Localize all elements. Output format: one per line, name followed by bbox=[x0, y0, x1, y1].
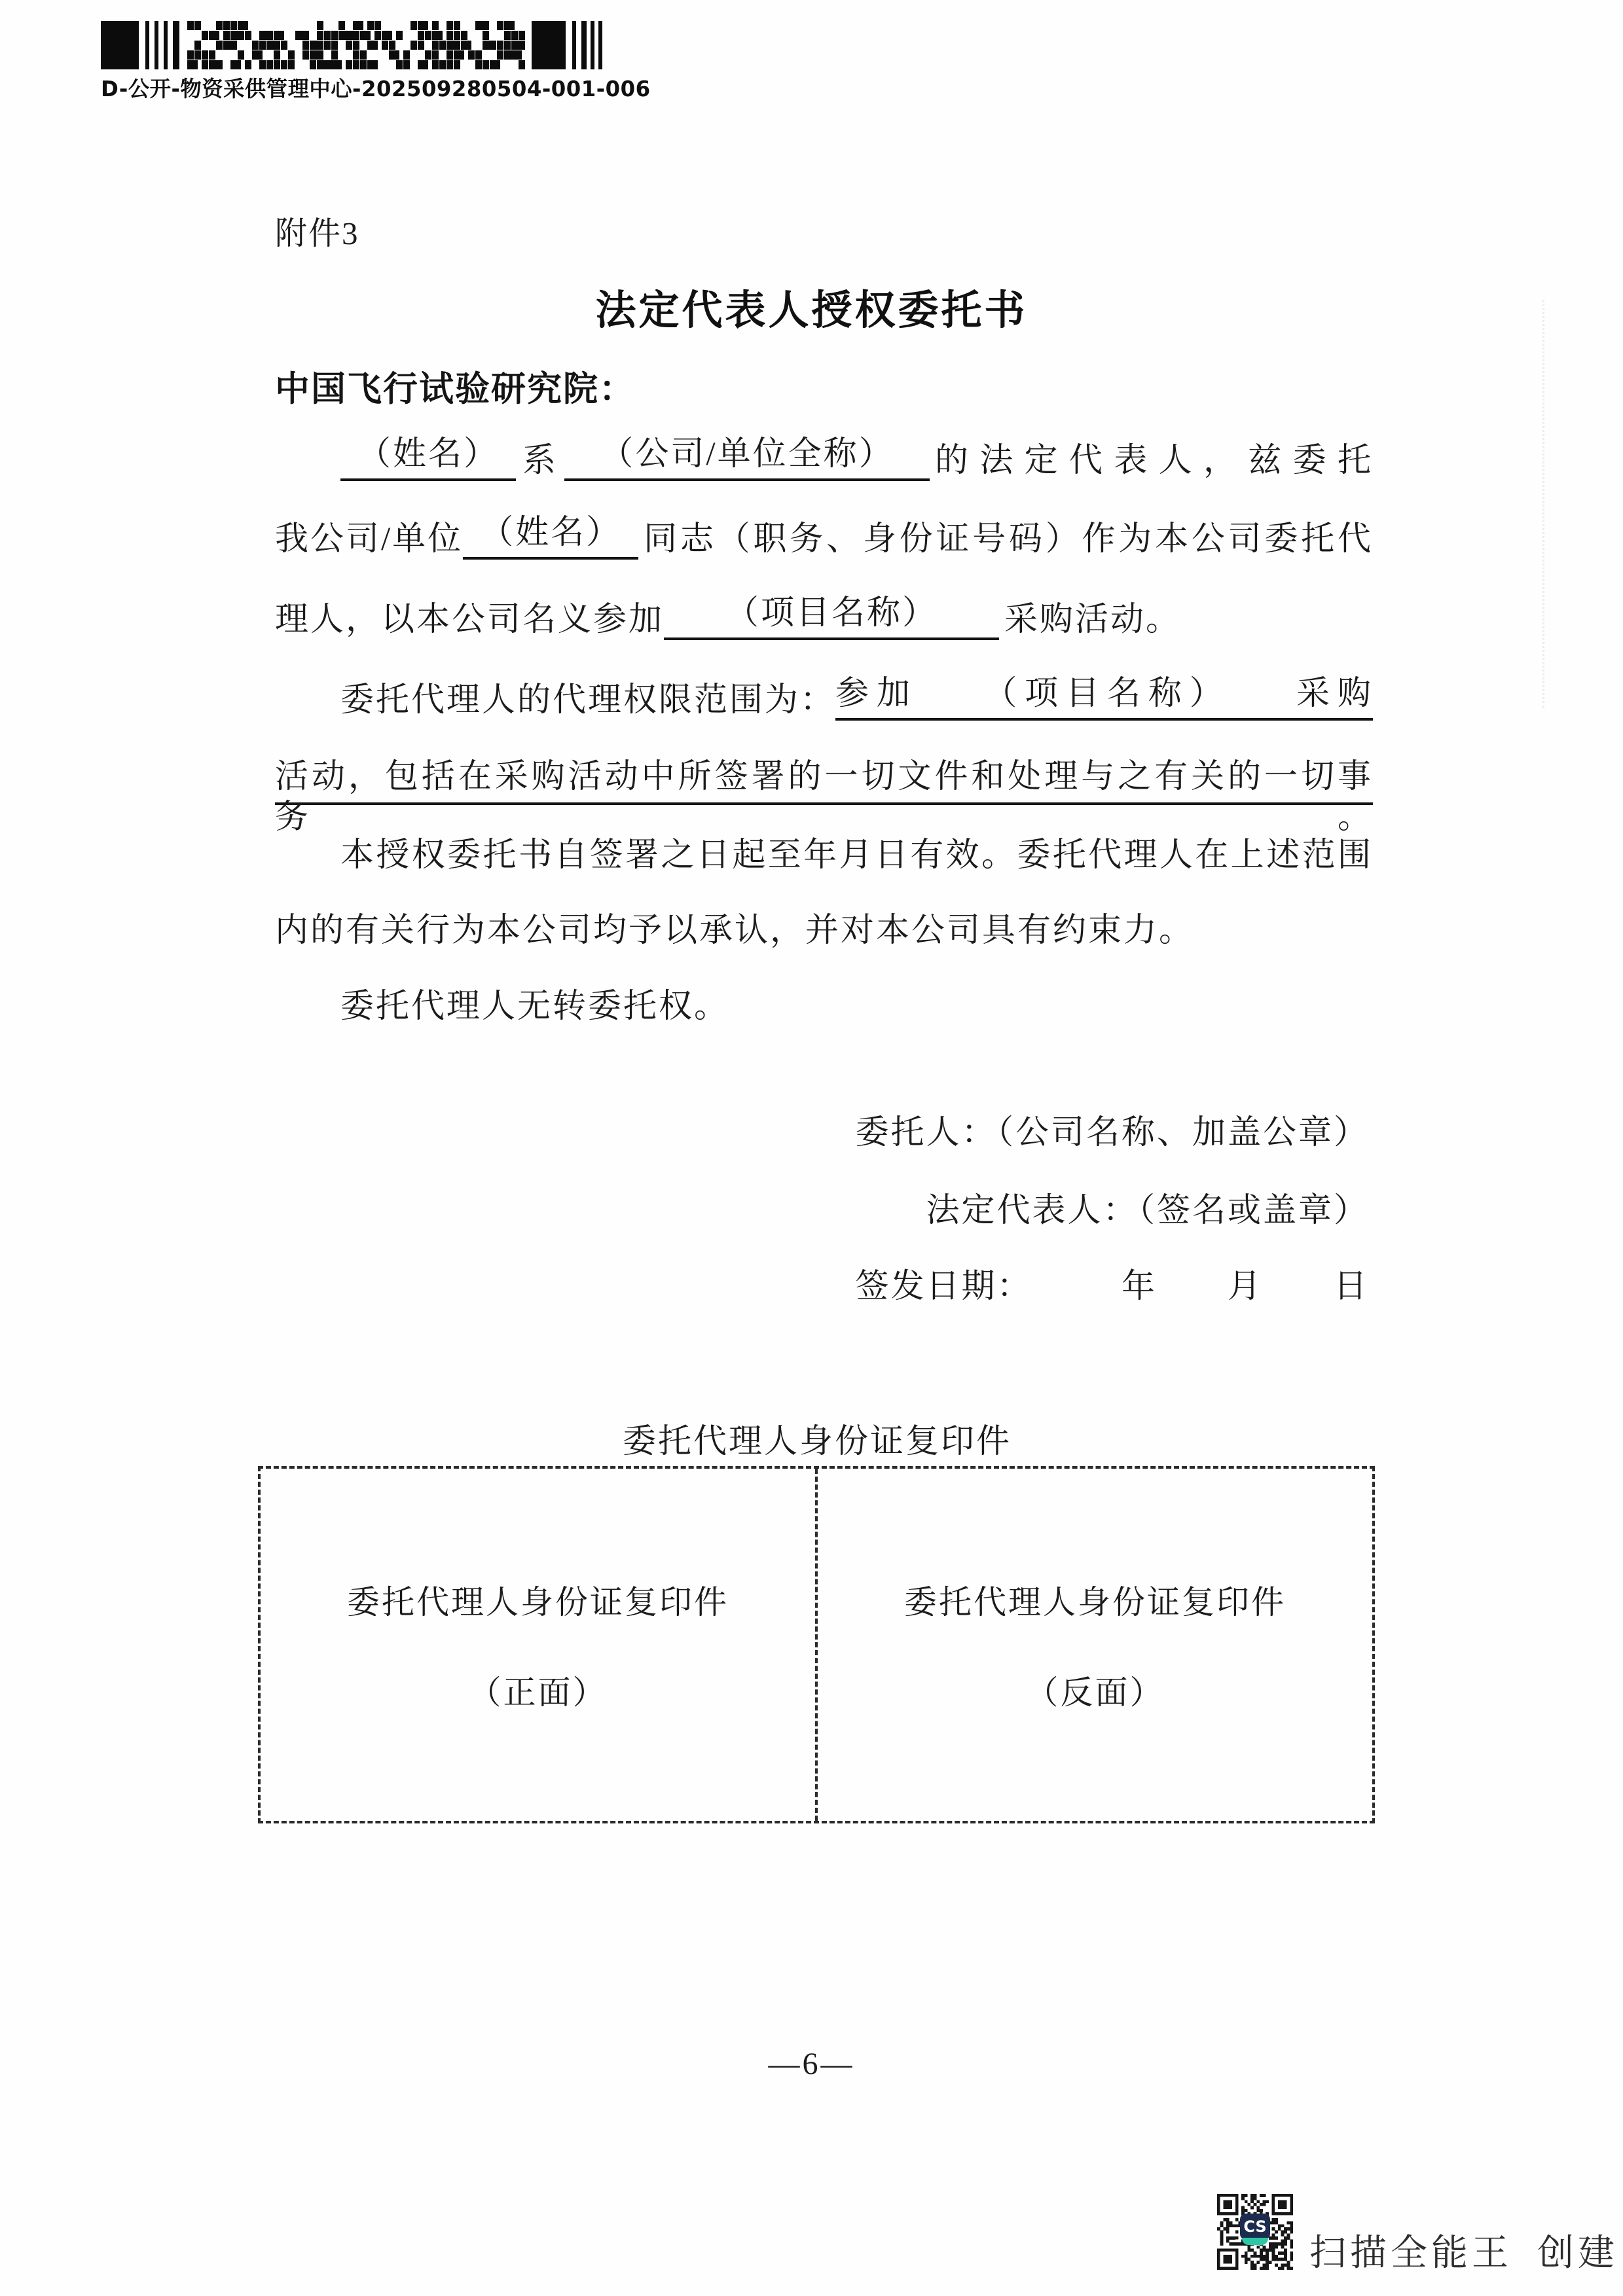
body-text: 系 bbox=[522, 440, 558, 481]
body-text: 同志（职务、身份证号码）作为本公司委托代 bbox=[644, 519, 1373, 560]
body-line-3: 理人，以本公司名义参加 （项目名称） 采购活动。 bbox=[275, 596, 1373, 640]
blank-name-underline: （姓名） bbox=[340, 434, 516, 481]
id-copy-back-side: （反面） bbox=[1026, 1666, 1165, 1713]
blank-name-underline: （姓名） bbox=[463, 512, 638, 560]
body-text: 委托代理人的代理权限范围为： bbox=[340, 680, 835, 721]
camscanner-logo: CS bbox=[1240, 2214, 1270, 2248]
signature-issue-date: 签发日期： 年 月 日 bbox=[855, 1259, 1369, 1307]
barcode-label: D-公开-物资采供管理中心-202509280504-001-006 bbox=[101, 72, 608, 103]
body-line-8: 委托代理人无转委托权。 bbox=[275, 986, 1373, 1031]
scan-artifact-right-edge bbox=[1542, 300, 1544, 708]
page-title: 法定代表人授权委托书 bbox=[0, 278, 1623, 336]
camscanner-watermark-text: 扫描全能王 创建 bbox=[1309, 2224, 1618, 2276]
body-line-5: 活动，包括在采购活动中所签署的一切文件和处理与之有关的一切事务。 bbox=[275, 757, 1373, 805]
blank-project-underline: （项目名称） bbox=[664, 593, 999, 640]
scanned-page: D-公开-物资采供管理中心-202509280504-001-006 附件3 法… bbox=[0, 0, 1623, 2296]
id-copy-box: 委托代理人身份证复印件 （正面） 委托代理人身份证复印件 （反面） bbox=[258, 1466, 1375, 1823]
body-text: 理人，以本公司名义参加 bbox=[275, 600, 664, 640]
body-line-1: （姓名） 系 （公司/单位全称） 的法定代表人，兹委托 bbox=[275, 437, 1373, 481]
scope-underline: 参加 （项目名称） 采购 bbox=[835, 673, 1373, 721]
signature-principal: 委托人：（公司名称、加盖公章） bbox=[855, 1105, 1369, 1153]
camscanner-accent-bar bbox=[1242, 2238, 1268, 2245]
id-copy-front-cell: 委托代理人身份证复印件 （正面） bbox=[261, 1469, 818, 1821]
signature-legal-rep: 法定代表人：（签名或盖章） bbox=[926, 1183, 1369, 1231]
camscanner-watermark: CS 扫描全能王 创建 bbox=[1216, 2193, 1583, 2296]
id-copy-front-label: 委托代理人身份证复印件 bbox=[347, 1576, 729, 1623]
blank-company-underline: （公司/单位全称） bbox=[564, 434, 930, 481]
id-copy-heading: 委托代理人身份证复印件 bbox=[259, 1414, 1375, 1462]
body-line-2: 我公司/单位 （姓名） 同志（职务、身份证号码）作为本公司委托代 bbox=[275, 515, 1373, 560]
id-copy-back-cell: 委托代理人身份证复印件 （反面） bbox=[818, 1469, 1372, 1821]
page-number: —6— bbox=[0, 2046, 1623, 2082]
scan-header: D-公开-物资采供管理中心-202509280504-001-006 bbox=[101, 20, 618, 103]
body-line-4: 委托代理人的代理权限范围为： 参加 （项目名称） 采购 bbox=[275, 676, 1373, 721]
id-copy-front-side: （正面） bbox=[469, 1666, 608, 1713]
body-line-7: 内的有关行为本公司均予以承认，并对本公司具有约束力。 bbox=[275, 910, 1373, 955]
camscanner-badge: CS bbox=[1240, 2214, 1270, 2240]
barcode-2d-icon bbox=[101, 20, 602, 71]
body-text: 采购活动。 bbox=[1004, 600, 1181, 640]
body-line-6: 本授权委托书自签署之日起至年月日有效。委托代理人在上述范围 bbox=[275, 835, 1373, 880]
id-copy-back-label: 委托代理人身份证复印件 bbox=[904, 1576, 1286, 1623]
body-text: 我公司/单位 bbox=[275, 519, 463, 560]
body-text: 的法定代表人，兹委托 bbox=[935, 440, 1373, 481]
addressee: 中国飞行试验研究院： bbox=[275, 361, 635, 411]
attachment-label: 附件3 bbox=[275, 208, 359, 254]
